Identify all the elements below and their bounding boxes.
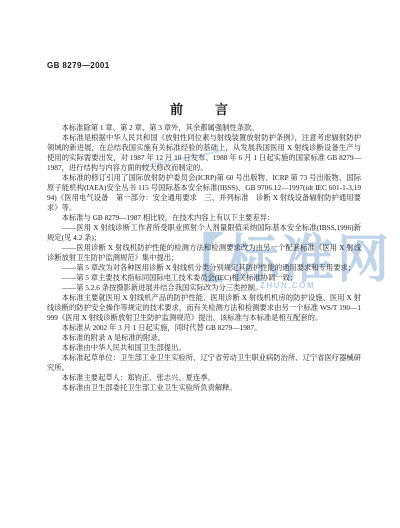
foreword-paragraph: 本标准与 GB 8279—1987 相比较，在技术内容上有以下主要差异：: [47, 213, 361, 223]
foreword-paragraph: 本标准由中华人民共和国卫生部提出。: [47, 343, 361, 353]
foreword-paragraph: 本标准的附录 A 是标准的附录。: [47, 333, 361, 343]
foreword-paragraph: ——第 5.2.6 条按摄影新进展并结合我国实际改为分三类控制。: [47, 283, 361, 293]
document-page: GB 8279—2001 前 言 【标准网 ZHUN.COM 本标准除第 1 章…: [0, 0, 400, 528]
foreword-paragraph: ——医用诊断 X 射线机防护性能的检测方法和检测要求改为由另一个配套标准《医用 …: [47, 243, 361, 263]
foreword-paragraph: 本标准主要起草人：郑钧正、张志兴、夏连季。: [47, 373, 361, 383]
foreword-paragraph: 本标准是根据中华人民共和国《放射性同位素与射线装置放射防护条例》，注意考虑辐射防…: [47, 133, 361, 173]
foreword-paragraph: ——第 5 章主要技术指标同国际电工技术委员会(IEC)相关标准协调一致；: [47, 273, 361, 283]
foreword-paragraph: 本标准由卫生部委托卫生部工业卫生实验所负责解释。: [47, 383, 361, 393]
page-title: 前 言: [0, 99, 400, 118]
foreword-paragraph: 本标准的修订引用了国际放射防护委员会(ICRP)第 60 号出版物、ICRP 第…: [47, 173, 361, 213]
foreword-body: 本标准除第 1 章、第 2 章、第 3 章外，其余都属强制性条款。本标准是根据中…: [47, 123, 361, 393]
foreword-paragraph: ——医用 X 射线诊断工作者所受职业照射个人剂量限值采纳国际基本安全标准(IBS…: [47, 223, 361, 243]
foreword-paragraph: 本标准除第 1 章、第 2 章、第 3 章外，其余都属强制性条款。: [47, 123, 361, 133]
standard-number: GB 8279—2001: [47, 61, 110, 70]
foreword-paragraph: 本标准从 2002 年 3 月 1 日起实施，同时代替 GB 8279—1987…: [47, 323, 361, 333]
foreword-paragraph: 本标准起草单位：卫生部工业卫生实验所、辽宁省劳动卫生职业病防治所、辽宁省医疗器械…: [47, 353, 361, 373]
foreword-paragraph: ——第 5 章改为对各种医用诊断 X 射线机分类分别规定其防护性能的通用要求和专…: [47, 263, 361, 273]
foreword-paragraph: 本标准主要就医用 X 射线机产品的防护性能、医用诊断 X 射线机机房的防护设施、…: [47, 293, 361, 323]
